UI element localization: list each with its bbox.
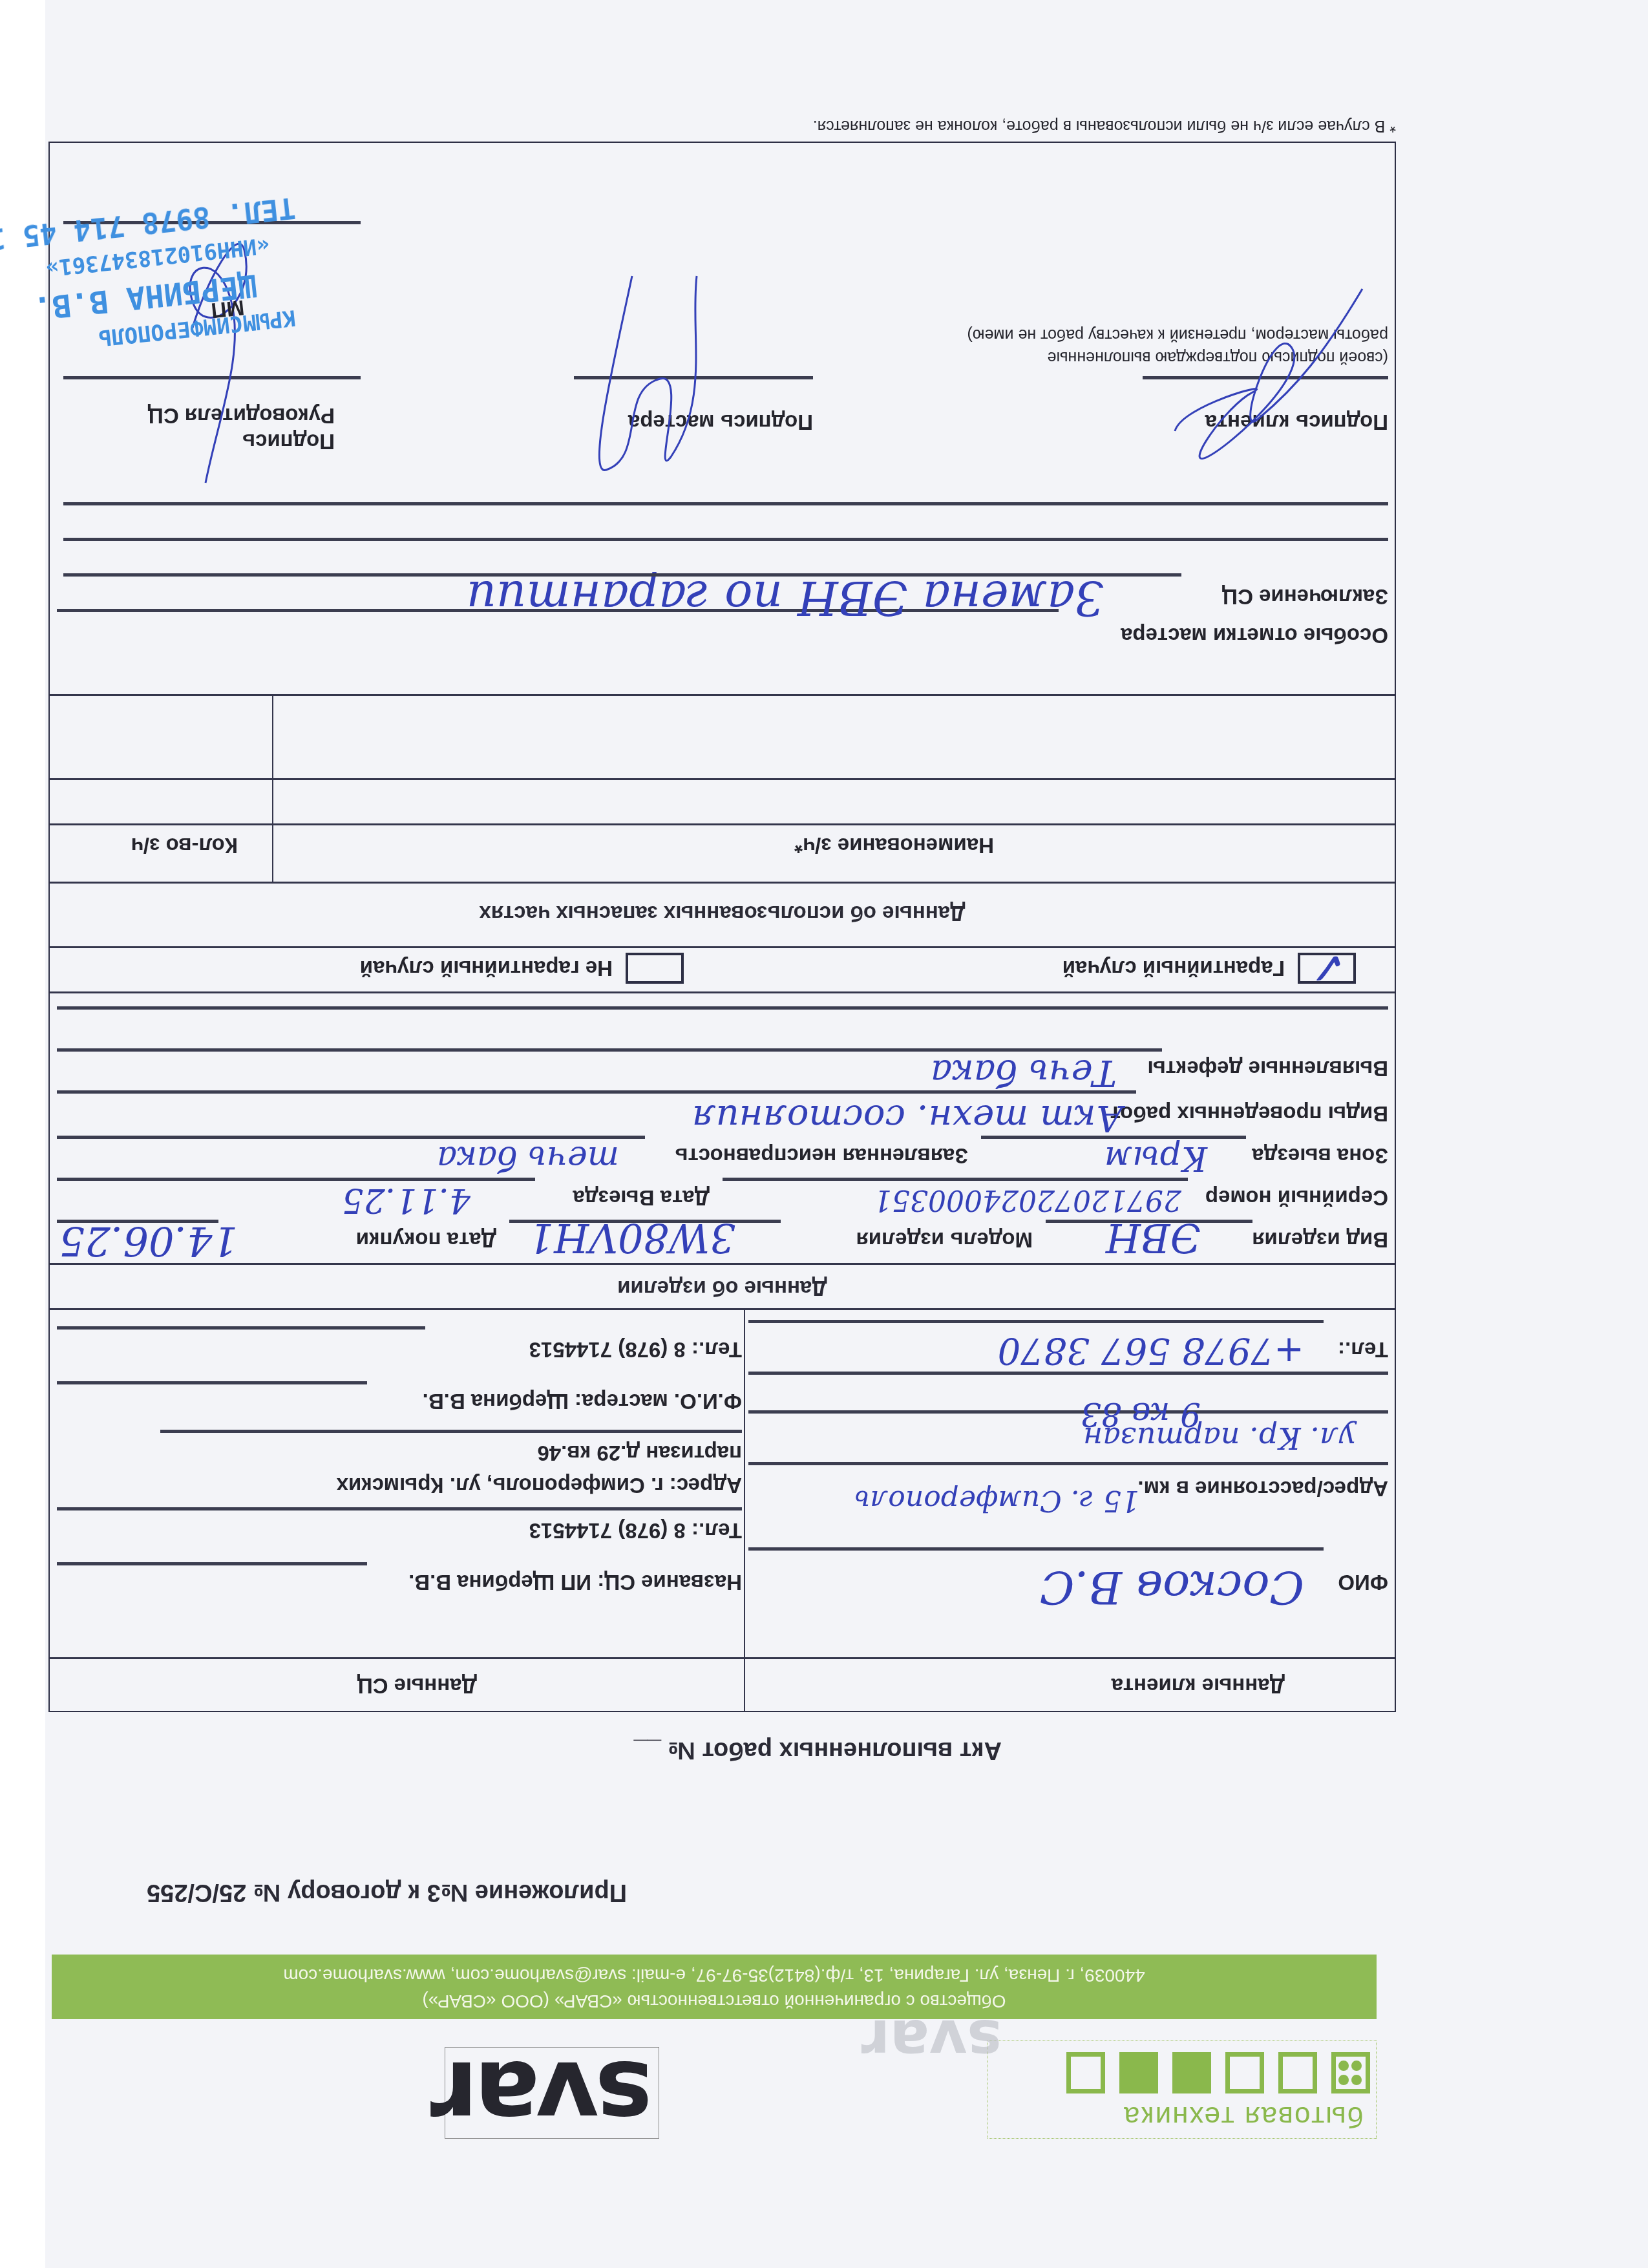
company-contacts: 440039, г. Пенза, ул. Гагарина, 13, т/ф.… [52,1965,1377,1986]
washing-machine-icon [1278,2052,1317,2093]
visit-zone-label: Зона выезда [1252,1143,1388,1168]
scanned-act-sheet: бытовая техника svar svar Общество с огр… [0,0,1648,2268]
sc-address-1: Адрес: г. Симферополь, ул. Крымских [337,1473,742,1498]
warranty-label: Гарантийный случай [1062,956,1285,980]
client-phone-label: Тел.: [1338,1337,1388,1362]
sc-phone-2: Тел.: 8 (978) 7144513 [529,1337,742,1362]
visit-date-value: 4.11.25 [343,1181,470,1220]
stamp-mp: МП [210,295,246,323]
purchase-date-value: 14.06.25 [59,1218,238,1265]
parts-col-qty: Кол-во з/ч [131,833,238,858]
master-notes-label: Особые отметки мастера [1121,623,1388,648]
declared-fault-value: течь бака [437,1139,619,1178]
tv-icon [1225,2052,1264,2093]
warranty-checkbox[interactable]: ✓ [1298,953,1356,984]
parts-footnote: * В случае если з/ч не были использованы… [813,116,1396,135]
purchase-date-label: Дата покупки [356,1227,496,1252]
product-model-label: Модель изделия [856,1227,1033,1252]
client-address-value-3: 9 кв 83 [1081,1395,1201,1433]
client-address-value-1: 15 г. Симферополь [854,1484,1139,1517]
parts-row [50,778,1395,780]
company-info-band: Общество с ограниченной ответственностью… [52,1955,1377,2019]
company-name: Общество с ограниченной ответственностью… [52,1991,1377,2011]
defects-found-value: Течь бака [931,1052,1117,1094]
scan-edge [0,0,45,2268]
client-address-label: Адрес/расстояние в км. [1137,1476,1388,1501]
dishwasher-icon [1119,2052,1158,2093]
works-done-label: Виды проведенных работ [1110,1101,1388,1126]
checkmark-icon: ✓ [1309,941,1347,994]
sc-address-2: партизан д.29 кв.46 [537,1441,742,1465]
serial-number-value: 29712072024000351 [874,1183,1181,1216]
product-type-label: Вид изделия [1252,1227,1388,1252]
act-title: Акт выполненных работ № __ [634,1736,1002,1764]
sc-master-name: Ф.И.О. мастера: Щербина В.В. [423,1389,742,1414]
works-done-value: Акт техн. состояния [692,1097,1123,1139]
serial-number-label: Серийный номер [1205,1185,1388,1210]
defects-found-label: Выявленные дефекты [1147,1056,1388,1081]
client-fio-label: ФИО [1338,1570,1388,1595]
svar-logo: svar [434,2039,653,2152]
client-phone-value: +7978 567 3870 [998,1330,1304,1372]
brand-tagline: бытовая техника [1123,2100,1364,2132]
client-data-header: Данные клиента [1112,1673,1285,1698]
conclusion-value: Замена ЭВН по гарантии [467,571,1104,625]
appendix-title: Приложение №3 к договору № 25/С/255 [147,1878,627,1906]
client-signature [1162,270,1375,483]
cooker-icon [1172,2052,1211,2093]
non-warranty-label: Не гарантийный случай [360,956,613,980]
appliance-icons [1066,2052,1370,2093]
sc-name: Название СЦ: ИП Щербина В.В. [408,1570,742,1595]
parts-section-title: Данные об использованных запасных частях [50,901,1395,926]
conclusion-label: Заключение СЦ [1222,584,1388,609]
visit-date-label: Дата Выезда [573,1185,710,1210]
declared-fault-label: Заявленная неисправность [675,1143,968,1168]
parts-col-name: Наименование з/ч* [794,833,994,858]
client-fio-value: Сосков В.С [1040,1561,1304,1614]
non-warranty-checkbox[interactable] [626,953,684,984]
master-signature [567,263,748,496]
sc-phone: Тел.: 8 (978) 7144513 [529,1518,742,1543]
sc-data-header: Данные СЦ [357,1673,477,1698]
parts-row [50,694,1395,696]
microwave-icon [1066,2052,1105,2093]
visit-zone-value: Крым [1104,1139,1207,1178]
product-section-title: Данные об изделии [50,1276,1395,1300]
hob-icon [1331,2052,1370,2093]
act-form-table: Данные клиента Данные СЦ ФИО Сосков В.С … [48,142,1396,1712]
